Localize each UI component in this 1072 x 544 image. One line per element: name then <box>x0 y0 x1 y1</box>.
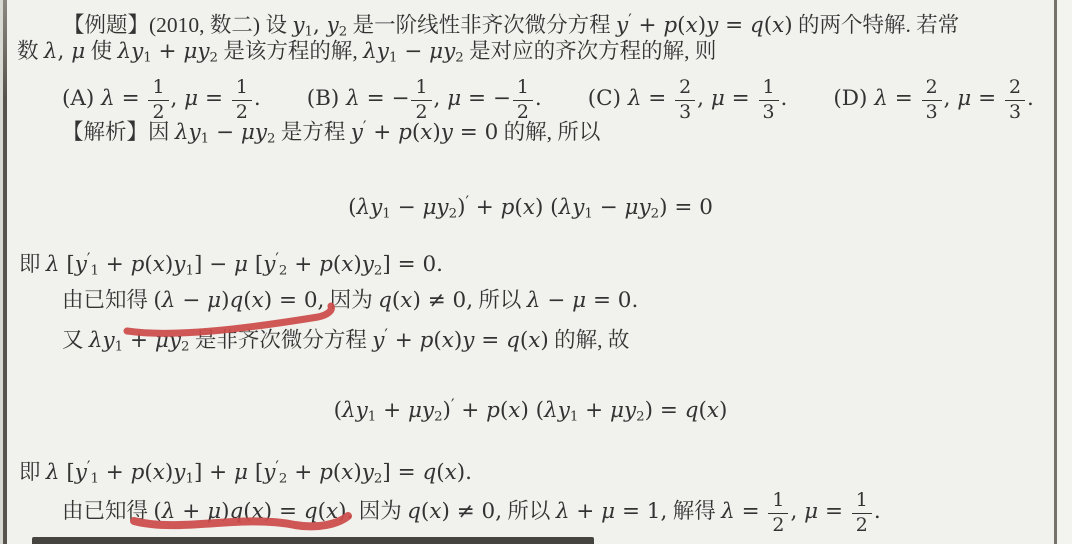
math-variable: x <box>153 252 165 277</box>
math-roman: [ <box>60 460 75 485</box>
document-body: 【例题】(2010, 数二) 设 y1, y2 是一阶线性非齐次微分方程 y′ … <box>7 0 1054 544</box>
math-variable: y <box>75 460 87 485</box>
fraction: 23 <box>1005 77 1025 122</box>
math-variable: x <box>429 499 441 524</box>
math-subscript: 2 <box>449 207 457 222</box>
display-equation-2: (λy1 + μy2)′ + p(x) (λy1 + μy2) = q(x) <box>7 388 1054 435</box>
fraction-numerator: 1 <box>148 77 168 99</box>
math-roman: − <box>175 288 207 313</box>
math-roman: + <box>152 39 184 64</box>
math-roman: + <box>578 398 610 423</box>
math-variable: λ <box>162 288 176 313</box>
math-variable: q <box>407 499 421 524</box>
math-roman: ) <box>432 120 440 145</box>
math-variable: μ <box>957 86 971 111</box>
math-variable: q <box>229 288 243 313</box>
math-roman: ) = 0, <box>264 288 325 313</box>
math-subscript: 1 <box>185 264 193 279</box>
text-run: 由已知得 <box>62 499 153 523</box>
derivation-line-1: 即 λ [y′1 + p(x)y1] − μ [y′2 + p(x)y2] = … <box>19 244 443 287</box>
math-roman: (C) <box>588 86 628 111</box>
math-variable: x <box>326 499 338 524</box>
math-roman: − <box>540 288 572 313</box>
math-roman: ( <box>333 252 341 277</box>
fraction-numerator: 1 <box>232 77 252 99</box>
math-roman: ) = 0 <box>659 195 713 220</box>
math-variable: λ <box>556 499 570 524</box>
text-run: 即 <box>19 460 46 484</box>
math-roman: , <box>171 86 185 111</box>
fraction-numerator: 1 <box>513 77 533 99</box>
math-roman: ( <box>412 120 420 145</box>
math-roman: ( <box>764 13 772 38</box>
problem-line-2: 数 λ, μ 使 λy1 + μy2 是该方程的解, λy1 − μy2 是对应… <box>17 36 716 74</box>
math-subscript: 2 <box>434 410 442 425</box>
math-roman: + <box>469 195 501 220</box>
math-roman: − <box>209 120 241 145</box>
math-variable: μy <box>183 39 209 64</box>
math-variable: λ <box>44 39 58 64</box>
math-variable: λy <box>89 328 115 353</box>
math-roman: = <box>888 86 920 111</box>
math-variable: q <box>685 398 699 423</box>
math-variable: y <box>75 252 87 277</box>
math-variable: μ <box>234 460 248 485</box>
math-roman: ( <box>334 398 342 423</box>
math-roman: + <box>376 398 408 423</box>
math-variable: q <box>378 288 392 313</box>
math-variable: x <box>341 460 353 485</box>
math-roman: + <box>454 398 486 423</box>
math-roman: , <box>697 86 711 111</box>
fraction-denominator: 3 <box>675 100 695 123</box>
math-subscript: 1 <box>201 132 209 147</box>
math-subscript: 1 <box>90 472 98 487</box>
math-variable: λy <box>544 398 570 423</box>
math-roman: ) ≠ 0, <box>441 499 502 524</box>
math-roman: ( <box>243 288 251 313</box>
document-page: 【例题】(2010, 数二) 设 y1, y2 是一阶线性非齐次微分方程 y′ … <box>7 0 1054 544</box>
math-variable: x <box>686 13 698 38</box>
math-roman: , <box>313 13 327 38</box>
math-variable: p <box>398 120 412 145</box>
fraction: 23 <box>922 77 942 122</box>
math-roman: ( <box>433 328 441 353</box>
math-variable: λy <box>559 195 585 220</box>
math-roman: (B) <box>307 86 346 111</box>
text-run: 数 <box>17 39 44 63</box>
math-roman: + <box>123 328 155 353</box>
math-variable: λ <box>346 86 360 111</box>
math-roman: . <box>874 499 881 524</box>
math-roman: − <box>397 39 429 64</box>
math-variable: q <box>750 13 764 38</box>
math-roman: ( <box>144 252 152 277</box>
math-variable: x <box>341 252 353 277</box>
text-run: 是一阶线性非齐次微分方程 <box>347 13 616 37</box>
math-variable: y <box>173 252 185 277</box>
math-roman: (D) <box>833 86 874 111</box>
math-roman: . <box>254 86 261 111</box>
text-run: 由已知得 <box>62 288 153 312</box>
math-variable: μy <box>422 195 448 220</box>
math-roman: + <box>287 252 319 277</box>
math-variable: y <box>441 120 453 145</box>
math-variable: p <box>131 460 145 485</box>
math-variable: μ <box>447 86 461 111</box>
math-variable: y <box>706 13 718 38</box>
math-roman: ( <box>318 499 326 524</box>
math-roman: = <box>474 328 506 353</box>
math-roman: [ <box>248 460 263 485</box>
math-variable: x <box>528 328 540 353</box>
math-variable: μ <box>234 252 248 277</box>
text-run: 是对应的齐次方程的解, 则 <box>464 39 717 63</box>
math-roman: ) ( <box>520 398 544 423</box>
math-roman: + <box>175 499 207 524</box>
math-roman: ) ≠ 0, <box>412 288 473 313</box>
math-variable: μ <box>207 288 221 313</box>
math-variable: μy <box>625 195 651 220</box>
math-roman: = 0 <box>453 120 498 145</box>
fraction: 12 <box>852 490 872 535</box>
math-variable: λy <box>175 120 201 145</box>
math-subscript: 1 <box>115 340 123 355</box>
math-variable: λ <box>527 288 541 313</box>
math-variable: y <box>292 13 304 38</box>
math-roman: . <box>1027 86 1034 111</box>
math-variable: μ <box>601 499 615 524</box>
math-roman: = <box>971 86 1003 111</box>
math-roman: ) <box>454 328 462 353</box>
math-variable: μy <box>429 39 455 64</box>
math-variable: x <box>523 195 535 220</box>
math-variable: μy <box>155 328 181 353</box>
fraction-denominator: 2 <box>852 513 872 536</box>
math-variable: λ <box>46 460 60 485</box>
fraction-numerator: 2 <box>675 77 695 99</box>
math-variable: q <box>304 499 318 524</box>
math-subscript: 2 <box>455 51 463 66</box>
fraction-numerator: 1 <box>759 77 779 99</box>
math-roman: ( <box>153 288 161 313</box>
math-variable: μ <box>71 39 85 64</box>
math-variable: x <box>153 460 165 485</box>
math-roman: ) <box>719 398 727 423</box>
math-roman: ) <box>698 13 706 38</box>
fraction-denominator: 3 <box>922 100 942 123</box>
text-run: 【例题】(2010, 数二) 设 <box>63 13 292 37</box>
math-roman: ) <box>443 398 451 423</box>
math-variable: p <box>486 398 500 423</box>
math-roman: ( <box>520 328 528 353</box>
math-roman: ) = <box>264 499 304 524</box>
math-roman: = − <box>360 86 410 111</box>
math-roman: [ <box>248 252 263 277</box>
math-roman: = <box>198 86 230 111</box>
math-roman: − <box>391 195 423 220</box>
math-variable: μy <box>241 120 267 145</box>
math-roman: ( <box>153 499 161 524</box>
math-roman: = <box>725 86 757 111</box>
text-run: 所以 <box>473 288 527 312</box>
math-roman: (A) <box>62 86 101 111</box>
math-variable: μy <box>610 398 636 423</box>
math-variable: p <box>319 460 333 485</box>
math-roman: + <box>632 13 664 38</box>
math-roman: + <box>388 328 420 353</box>
math-roman: ( <box>436 460 444 485</box>
fraction-numerator: 2 <box>922 77 942 99</box>
text-run: 是方程 <box>275 120 350 144</box>
math-variable: y <box>616 13 628 38</box>
math-variable: q <box>422 460 436 485</box>
math-roman: ] − <box>194 252 234 277</box>
math-roman: ( <box>348 195 356 220</box>
fraction-numerator: 1 <box>411 77 431 99</box>
math-subscript: 1 <box>185 472 193 487</box>
math-variable: λ <box>874 86 888 111</box>
math-roman: ) <box>353 460 361 485</box>
math-roman: + <box>287 460 319 485</box>
math-variable: λ <box>162 499 176 524</box>
text-run: 是非齐次微分方程 <box>189 328 372 352</box>
math-roman: ( <box>677 13 685 38</box>
math-roman: ( <box>144 460 152 485</box>
math-variable: q <box>229 499 243 524</box>
math-variable: μ <box>207 499 221 524</box>
math-variable: x <box>420 120 432 145</box>
math-roman: = <box>718 13 750 38</box>
math-roman: ( <box>698 398 706 423</box>
math-subscript: 1 <box>90 264 98 279</box>
math-variable: λy <box>363 39 389 64</box>
math-variable: λy <box>342 398 368 423</box>
math-variable: y <box>263 460 275 485</box>
math-roman: , <box>58 39 72 64</box>
fraction-denominator: 3 <box>1005 100 1025 123</box>
math-variable: y <box>362 460 374 485</box>
math-variable: λ <box>628 86 642 111</box>
math-variable: x <box>707 398 719 423</box>
math-variable: y <box>351 120 363 145</box>
analysis-line: 【解析】因 λy1 − μy2 是方程 y′ + p(x)y = 0 的解, 所… <box>62 112 600 155</box>
math-variable: x <box>252 288 264 313</box>
text-run: 因为 <box>353 499 407 523</box>
math-subscript: 1 <box>584 207 592 222</box>
math-variable: μy <box>408 398 434 423</box>
math-variable: λ <box>101 86 115 111</box>
math-roman: ) <box>353 252 361 277</box>
text-run: 即 <box>19 252 46 276</box>
fraction-numerator: 1 <box>768 490 788 512</box>
math-roman: ) <box>784 13 792 38</box>
fraction: 23 <box>675 77 695 122</box>
math-roman: = <box>735 499 767 524</box>
text-run: 的两个特解. 若常 <box>793 13 960 37</box>
math-roman: = 0. <box>586 288 638 313</box>
math-roman: , <box>790 499 804 524</box>
math-variable: p <box>663 13 677 38</box>
math-roman: + <box>99 252 131 277</box>
math-roman: − <box>593 195 625 220</box>
math-roman: , <box>944 86 958 111</box>
text-run: 的解, 故 <box>549 328 630 352</box>
math-roman: ] + <box>194 460 234 485</box>
math-variable: μ <box>572 288 586 313</box>
math-variable: x <box>508 398 520 423</box>
math-variable: μ <box>804 499 818 524</box>
math-roman: + <box>99 460 131 485</box>
text-run: 所以 <box>502 499 556 523</box>
bottom-dark-bar <box>32 537 594 544</box>
math-subscript: 1 <box>368 410 376 425</box>
text-run: 解得 <box>667 499 721 523</box>
math-roman: + <box>366 120 398 145</box>
math-variable: x <box>442 328 454 353</box>
math-roman: + <box>569 499 601 524</box>
fraction: 12 <box>768 490 788 535</box>
math-roman: . <box>535 86 542 111</box>
conclusion-line-2: 由已知得 (λ + μ)q(x) = q(x). 因为 q(x) ≠ 0, 所以… <box>62 486 881 537</box>
math-roman: ] = 0. <box>382 252 443 277</box>
math-roman: = <box>115 86 147 111</box>
math-roman: ( <box>514 195 522 220</box>
math-roman: [ <box>60 252 75 277</box>
math-variable: μ <box>184 86 198 111</box>
math-roman: = 1, <box>615 499 667 524</box>
math-roman: ( <box>243 499 251 524</box>
math-roman: ] = <box>382 460 422 485</box>
math-variable: λy <box>357 195 383 220</box>
math-variable: x <box>252 499 264 524</box>
math-subscript: 2 <box>636 410 644 425</box>
math-variable: q <box>506 328 520 353</box>
text-run: 使 <box>85 39 117 63</box>
math-roman: = − <box>461 86 511 111</box>
math-variable: λy <box>117 39 143 64</box>
math-variable: p <box>420 328 434 353</box>
math-roman: ( <box>333 460 341 485</box>
fraction-denominator: 2 <box>768 513 788 536</box>
math-variable: x <box>772 13 784 38</box>
math-roman: , <box>434 86 448 111</box>
fraction-numerator: 2 <box>1005 77 1025 99</box>
fraction: 13 <box>759 77 779 122</box>
math-variable: λ <box>46 252 60 277</box>
conclusion-line-1: 由已知得 (λ − μ)q(x) = 0, 因为 q(x) ≠ 0, 所以 λ … <box>62 285 638 316</box>
math-variable: y <box>462 328 474 353</box>
math-variable: y <box>327 13 339 38</box>
math-variable: λ <box>721 499 735 524</box>
math-variable: x <box>400 288 412 313</box>
math-subscript: 1 <box>143 51 151 66</box>
math-roman: = <box>818 499 850 524</box>
text-run: 因为 <box>324 288 378 312</box>
math-roman: ) <box>540 328 548 353</box>
math-variable: x <box>445 460 457 485</box>
math-variable: p <box>319 252 333 277</box>
math-variable: y <box>372 328 384 353</box>
derivation-line-2: 又 λy1 + μy2 是非齐次微分方程 y′ + p(x)y = q(x) 的… <box>62 320 629 363</box>
fraction-denominator: 3 <box>759 100 779 123</box>
frame-right-strip <box>1057 0 1072 544</box>
math-roman: ). <box>338 499 353 524</box>
math-roman: . <box>781 86 788 111</box>
text-run: 【解析】因 <box>62 120 175 144</box>
math-variable: p <box>501 195 515 220</box>
math-variable: y <box>263 252 275 277</box>
text-run: 又 <box>62 328 89 352</box>
math-roman: ) ( <box>535 195 559 220</box>
text-run: 是该方程的解, <box>218 39 363 63</box>
math-variable: y <box>173 460 185 485</box>
math-variable: μ <box>711 86 725 111</box>
text-run: 的解, 所以 <box>498 120 600 144</box>
fraction-numerator: 1 <box>852 490 872 512</box>
math-roman: ). <box>457 460 472 485</box>
math-subscript: 1 <box>382 207 390 222</box>
math-roman: = <box>641 86 673 111</box>
math-variable: y <box>362 252 374 277</box>
math-variable: p <box>131 252 145 277</box>
math-roman: ) = <box>645 398 685 423</box>
math-subscript: 2 <box>651 207 659 222</box>
display-equation-1: (λy1 − μy2)′ + p(x) (λy1 − μy2) = 0 <box>7 185 1054 232</box>
math-subscript: 2 <box>210 51 218 66</box>
